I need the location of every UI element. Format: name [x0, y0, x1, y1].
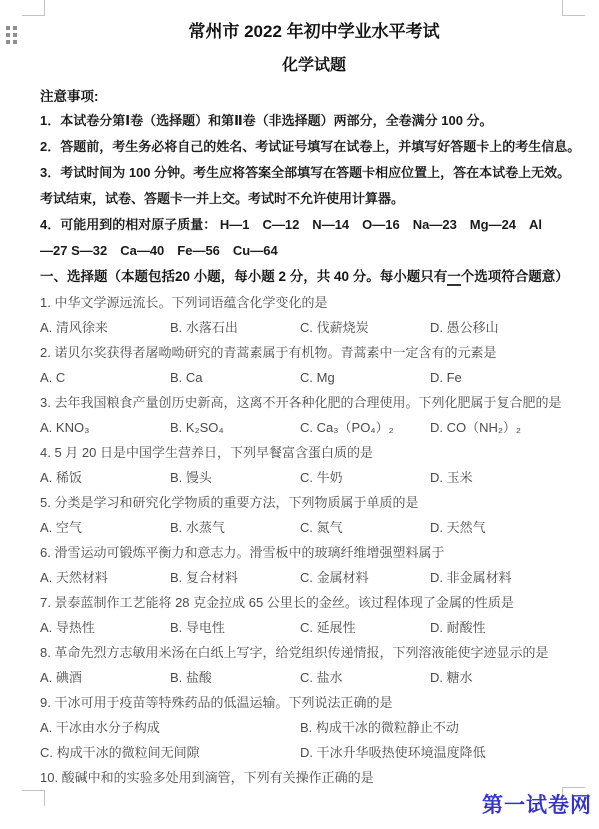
page-title: 常州市 2022 年初中学业水平考试	[40, 20, 588, 44]
option-d: D. 干冰升华吸热使环境温度降低	[300, 740, 588, 765]
option-a: A. C	[40, 365, 170, 390]
option-row: A. 导热性 B. 导电性 C. 延展性 D. 耐酸性	[40, 615, 588, 640]
option-d: D. 愚公移山	[430, 315, 588, 340]
option-row: A. 天然材料 B. 复合材料 C. 金属材料 D. 非金属材料	[40, 565, 588, 590]
option-row: A. KNO₃ B. K₂SO₄ C. Ca₃（PO₄）₂ D. CO（NH₂）…	[40, 415, 588, 440]
question-8: 8. 革命先烈方志敏用米汤在白纸上写字，给党组织传递情报，下列溶液能使字迹显示的…	[40, 640, 588, 690]
notice-line: —27 S—32 Ca—40 Fe—56 Cu—64	[40, 238, 588, 264]
option-d: D. 糖水	[430, 665, 588, 690]
option-c: C. Mg	[300, 365, 430, 390]
option-b: B. 盐酸	[170, 665, 300, 690]
crop-mark-top-left	[22, 0, 45, 16]
option-d: D. 天然气	[430, 515, 588, 540]
option-row: A. 稀饭 B. 馒头 C. 牛奶 D. 玉米	[40, 465, 588, 490]
option-d: D. CO（NH₂）₂	[430, 415, 588, 440]
question-7: 7. 景泰蓝制作工艺能将 28 克金拉成 65 公里长的金丝。该过程体现了金属的…	[40, 590, 588, 640]
option-c: C. 金属材料	[300, 565, 430, 590]
option-b: B. 馒头	[170, 465, 300, 490]
option-b: B. 水落石出	[170, 315, 300, 340]
option-row: A. 碘酒 B. 盐酸 C. 盐水 D. 糖水	[40, 665, 588, 690]
option-c: C. 延展性	[300, 615, 430, 640]
option-d: D. 耐酸性	[430, 615, 588, 640]
question-text: 2. 诺贝尔奖获得者屠呦呦研究的青蒿素属于有机物。青蒿素中一定含有的元素是	[40, 340, 588, 365]
section-header-post: 个选项符合题意）	[461, 269, 569, 284]
question-text: 3. 去年我国粮食产量创历史新高，这离不开各种化肥的合理使用。下列化肥属于复合肥…	[40, 390, 588, 415]
option-a: A. 天然材料	[40, 565, 170, 590]
section-header-pre: 一、选择题（本题包括20 小题，每小题 2 分，共 40 分。每小题只有	[40, 269, 447, 284]
question-text: 10. 酸碱中和的实验多处用到滴管，下列有关操作正确的是	[40, 765, 588, 790]
option-c: C. 盐水	[300, 665, 430, 690]
option-b: B. 复合材料	[170, 565, 300, 590]
notice-line: 2．答题前，考生务必将自己的姓名、考试证号填写在试卷上，并填写好答题卡上的考生信…	[40, 134, 588, 160]
question-text: 5. 分类是学习和研究化学物质的重要方法，下列物质属于单质的是	[40, 490, 588, 515]
option-d: D. 非金属材料	[430, 565, 588, 590]
exam-paper-page: 常州市 2022 年初中学业水平考试 化学试题 注意事项: 1．本试卷分第Ⅰ卷（…	[0, 0, 599, 829]
notice-line: 1．本试卷分第Ⅰ卷（选择题）和第Ⅱ卷（非选择题）两部分，全卷满分 100 分。	[40, 108, 588, 134]
question-text: 1. 中华文学源远流长。下列词语蕴含化学变化的是	[40, 290, 588, 315]
option-b: B. 导电性	[170, 615, 300, 640]
option-a: A. 稀饭	[40, 465, 170, 490]
option-c: C. 氮气	[300, 515, 430, 540]
notice-line: 4．可能用到的相对原子质量： H—1 C—12 N—14 O—16 Na—23 …	[40, 212, 588, 238]
option-a: A. KNO₃	[40, 415, 170, 440]
question-3: 3. 去年我国粮食产量创历史新高，这离不开各种化肥的合理使用。下列化肥属于复合肥…	[40, 390, 588, 440]
drag-handle-icon[interactable]	[6, 26, 17, 44]
question-9: 9. 干冰可用于疫苗等特殊药品的低温运输。下列说法正确的是 A. 干冰由水分子构…	[40, 690, 588, 765]
option-b: B. Ca	[170, 365, 300, 390]
site-watermark: 第一试卷网	[482, 789, 592, 819]
section-header: 一、选择题（本题包括20 小题，每小题 2 分，共 40 分。每小题只有一个选项…	[40, 264, 588, 290]
option-c: C. 伐薪烧炭	[300, 315, 430, 340]
exam-subject-title: 化学试题	[40, 54, 588, 78]
question-5: 5. 分类是学习和研究化学物质的重要方法，下列物质属于单质的是 A. 空气 B.…	[40, 490, 588, 540]
question-text: 6. 滑雪运动可锻炼平衡力和意志力。滑雪板中的玻璃纤维增强塑料属于	[40, 540, 588, 565]
question-10: 10. 酸碱中和的实验多处用到滴管，下列有关操作正确的是	[40, 765, 588, 790]
notice-line: 考试结束，试卷、答题卡一并上交。考试时不允许使用计算器。	[40, 186, 588, 212]
question-text: 7. 景泰蓝制作工艺能将 28 克金拉成 65 公里长的金丝。该过程体现了金属的…	[40, 590, 588, 615]
crop-mark-top-right	[562, 0, 585, 16]
option-b: B. K₂SO₄	[170, 415, 300, 440]
question-4: 4. 5 月 20 日是中国学生营养日，下列早餐富含蛋白质的是 A. 稀饭 B.…	[40, 440, 588, 490]
option-c: C. 牛奶	[300, 465, 430, 490]
option-d: D. 玉米	[430, 465, 588, 490]
notice-line: 3．考试时间为 100 分钟。考生应将答案全部填写在答题卡相应位置上，答在本试卷…	[40, 160, 588, 186]
option-row: A. 干冰由水分子构成 B. 构成干冰的微粒静止不动 C. 构成干冰的微粒间无间…	[40, 715, 588, 765]
option-a: A. 空气	[40, 515, 170, 540]
document-body: 常州市 2022 年初中学业水平考试 化学试题 注意事项: 1．本试卷分第Ⅰ卷（…	[40, 20, 588, 790]
option-row: A. 空气 B. 水蒸气 C. 氮气 D. 天然气	[40, 515, 588, 540]
option-c: C. 构成干冰的微粒间无间隙	[40, 740, 300, 765]
question-text: 8. 革命先烈方志敏用米汤在白纸上写字，给党组织传递情报，下列溶液能使字迹显示的…	[40, 640, 588, 665]
question-text: 9. 干冰可用于疫苗等特殊药品的低温运输。下列说法正确的是	[40, 690, 588, 715]
question-text: 4. 5 月 20 日是中国学生营养日，下列早餐富含蛋白质的是	[40, 440, 588, 465]
notice-heading: 注意事项:	[40, 86, 588, 108]
option-row: A. 清风徐来 B. 水落石出 C. 伐薪烧炭 D. 愚公移山	[40, 315, 588, 340]
section-header-emphasis: 一	[447, 269, 461, 286]
question-1: 1. 中华文学源远流长。下列词语蕴含化学变化的是 A. 清风徐来 B. 水落石出…	[40, 290, 588, 340]
option-d: D. Fe	[430, 365, 588, 390]
question-2: 2. 诺贝尔奖获得者屠呦呦研究的青蒿素属于有机物。青蒿素中一定含有的元素是 A.…	[40, 340, 588, 390]
option-a: A. 干冰由水分子构成	[40, 715, 300, 740]
crop-mark-bottom-left	[22, 790, 45, 806]
question-6: 6. 滑雪运动可锻炼平衡力和意志力。滑雪板中的玻璃纤维增强塑料属于 A. 天然材…	[40, 540, 588, 590]
option-a: A. 清风徐来	[40, 315, 170, 340]
option-row: A. C B. Ca C. Mg D. Fe	[40, 365, 588, 390]
option-b: B. 水蒸气	[170, 515, 300, 540]
option-c: C. Ca₃（PO₄）₂	[300, 415, 430, 440]
option-b: B. 构成干冰的微粒静止不动	[300, 715, 588, 740]
option-a: A. 导热性	[40, 615, 170, 640]
option-a: A. 碘酒	[40, 665, 170, 690]
